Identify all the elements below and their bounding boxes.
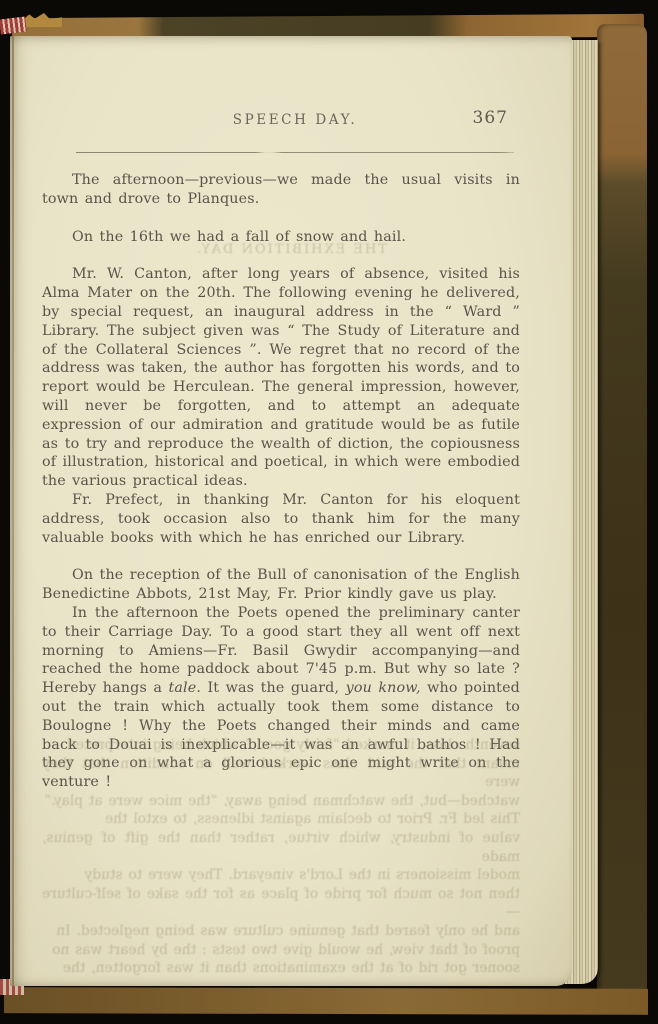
header-rule — [76, 152, 514, 153]
show-through-line: watched—but, the watchman being away, “t… — [42, 792, 520, 811]
show-through-line: sooner got rid of at the examinations th… — [42, 959, 520, 978]
show-through-line: seventh class, it marked “fairly good,” … — [42, 736, 520, 755]
italic-text-run: you know, — [346, 680, 421, 696]
headband-top — [0, 16, 27, 34]
paragraph: Fr. Prefect, in thanking Mr. Canton for … — [42, 491, 520, 547]
book-page: SPEECH DAY. 367 THE EXHIBITION DAY. The … — [10, 36, 572, 986]
text-run: Fr. Prefect, in thanking Mr. Canton for … — [42, 492, 520, 546]
show-through-line: This led Fr. Prior to declaim against id… — [42, 810, 520, 829]
book-cover-bottom-edge — [4, 987, 648, 1015]
show-through-line: meant that the said class worked well on… — [42, 755, 520, 792]
worn-leather-corner — [22, 13, 62, 27]
paragraph: The afternoon—previous—we made the usual… — [42, 171, 520, 209]
show-through-line: then not so much for pride of place as f… — [42, 885, 520, 922]
gutter-shadow — [12, 36, 14, 986]
text-run: On the 16th we had a fall of snow and ha… — [72, 229, 406, 245]
paragraph: On the reception of the Bull of canonisa… — [42, 566, 520, 604]
book-cover-right-edge — [597, 24, 647, 1004]
show-through-line: model missioners in the Lord's vineyard.… — [42, 866, 520, 885]
scanned-book-photo: SPEECH DAY. 367 THE EXHIBITION DAY. The … — [0, 0, 658, 1024]
show-through-line: and he only feared that genuine culture … — [42, 922, 520, 941]
text-run: On the reception of the Bull of canonisa… — [42, 567, 520, 602]
show-through-line: proof of that view, he would give two te… — [42, 941, 520, 960]
italic-text-run: tale. — [168, 680, 201, 696]
page-number: 367 — [473, 108, 508, 128]
text-run: The afternoon—previous—we made the usual… — [42, 172, 520, 207]
show-through-text: seventh class, it marked “fairly good,” … — [42, 736, 520, 978]
paragraph: Mr. W. Canton, after long years of absen… — [42, 265, 520, 491]
text-run: Mr. W. Canton, after long years of absen… — [42, 266, 520, 489]
paragraph: On the 16th we had a fall of snow and ha… — [42, 228, 520, 247]
body-paragraphs: The afternoon—previous—we made the usual… — [42, 160, 520, 792]
text-run: It was the guard, — [201, 680, 346, 696]
show-through-line: value of industry, which virtue, rather … — [42, 829, 520, 866]
